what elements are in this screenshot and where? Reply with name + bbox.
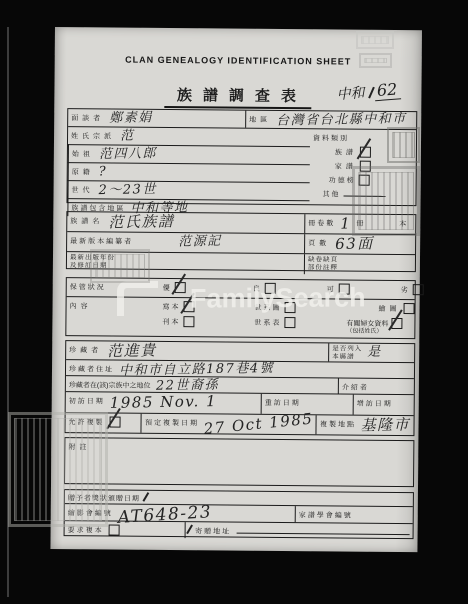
field-listed-in-registry: 是否列入 本縣譜 是 (328, 343, 414, 362)
archive-seal-stamp (90, 249, 150, 283)
field-page-count: 頁數 63面 (304, 234, 415, 254)
checkbox-pedigree-table (284, 317, 295, 328)
data-category-title: 資料類別 (313, 131, 349, 143)
field-notes: 附註 (65, 438, 413, 486)
note-place: 中和 (336, 85, 365, 103)
scanned-document-viewport: CLAN GENEALOGY IDENTIFICATION SHEET 族譜調查… (0, 0, 468, 604)
section-notes: 附註 (64, 437, 414, 487)
field-genealogy-name: 族譜名 范氏族譜 (67, 212, 304, 233)
checkbox-poor (413, 284, 424, 295)
content-female-records: 有關婦女資料 （包括姓氏） (346, 317, 402, 336)
content-printed: 刊本 (162, 315, 254, 328)
checkbox-copy-permission (110, 416, 121, 427)
field-missing-pages: 缺卷缺頁 部份註釋 (304, 254, 415, 275)
field-introducer: 介紹者 (338, 378, 414, 394)
checkbox-printed (183, 316, 194, 327)
field-planned-copy-date: 預定複製日期 27 Oct 1985 (141, 414, 316, 435)
familysearch-watermark: FamilySearch (190, 282, 366, 314)
archive-seal-stamp (359, 53, 392, 68)
checkbox-clan-genealogy (360, 147, 371, 158)
field-owner-clan-position: 珍藏者在(該)宗族中之地位 22世裔孫 (66, 376, 338, 393)
field-interviewer: 面談者 鄭素娟 (68, 109, 245, 128)
field-first-visit-date: 初訪日期 1985 Nov. 1 (66, 392, 261, 414)
section-registration: 贈予者獎狀頒贈日期 縮影會編號 AT648-23 家譜學會編號 要求複本 (64, 489, 414, 539)
content-illustrations: 繪圖 (379, 302, 415, 314)
category-item-clan-genealogy: 族譜 (335, 145, 371, 157)
field-genealogical-society-number: 家譜學會編號 (295, 506, 413, 523)
field-owner: 珍藏者 范進貴 (66, 341, 328, 361)
content-pedigree-table: 世系表 (254, 316, 346, 329)
field-first-ancestor: 始祖 范四八郎 (68, 144, 310, 164)
condition-excellent: 優 (163, 281, 186, 293)
checkbox-request-copy (109, 524, 120, 535)
checkbox-illustrations (404, 303, 415, 314)
region-value: 台灣省台北縣中和市 (276, 112, 407, 127)
archive-seal-stamp (352, 166, 420, 236)
field-surname-branch: 姓氏宗派 范 (68, 127, 310, 146)
note-number: 62 (373, 79, 401, 101)
field-owner-address: 珍藏者住址 中和市自立路187巷4號 (66, 360, 414, 378)
familysearch-logo-watermark (117, 281, 158, 316)
field-added-visit-date: 增訪日期 (353, 395, 414, 416)
archive-seal-stamp (387, 127, 420, 163)
archive-seal-stamp (356, 31, 394, 49)
condition-poor: 劣 (401, 283, 424, 295)
pen-stroke (142, 492, 148, 501)
section-owner-visits: 珍藏者 范進貴 是否列入 本縣譜 是 珍藏者住址 中和市自立路187巷4號 珍藏… (64, 340, 415, 436)
field-origin: 原籍 ? (68, 162, 310, 182)
pen-stroke (368, 87, 374, 99)
archive-seal-stamp (8, 412, 108, 527)
pen-stroke (186, 525, 192, 534)
checkbox-excellent (175, 282, 186, 293)
field-generations: 世代 2～23世 (68, 180, 310, 200)
field-mailing-address: 寄贈地址 (185, 522, 413, 540)
address-fill-line (236, 525, 410, 536)
field-copy-location: 複製地點 基隆市 (316, 415, 414, 435)
checkbox-female-records (391, 318, 402, 329)
interviewer-value: 鄭素娟 (109, 111, 153, 125)
